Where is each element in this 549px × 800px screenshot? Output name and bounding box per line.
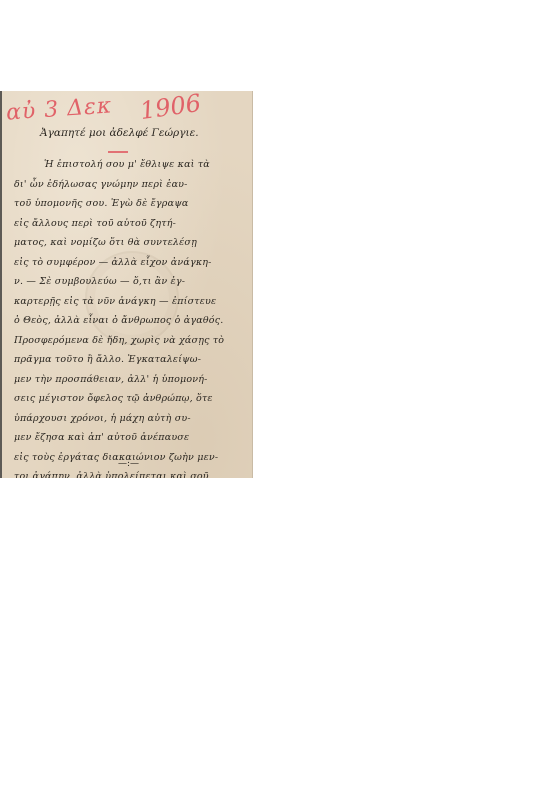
red-year-annotation: 1906 xyxy=(138,91,202,125)
letter-line: πρᾶγμα τοῦτο ἢ ἄλλο. Ἐγκαταλείψω- xyxy=(14,350,250,370)
red-underline-mark xyxy=(108,151,128,153)
letter-line: Ἡ ἐπιστολή σου μ' ἔθλιψε καὶ τὰ xyxy=(14,155,250,175)
red-date-annotation: αὐ 3 Δεκ xyxy=(5,93,113,125)
letter-line: μεν τὴν προσπάθειαν, ἀλλ' ἡ ὑπομονή- xyxy=(14,370,250,390)
letter-line: ὁ Θεὸς, ἀλλὰ εἶναι ὁ ἄνθρωπος ὁ ἀγαθός. xyxy=(14,311,250,331)
letter-line: καρτερῇς εἰς τὰ νῦν ἀνάγκη — ἐπίστευε xyxy=(14,292,250,312)
letter-line: Προσφερόμενα δὲ ἤδη, χωρὶς νὰ χάσῃς τὸ xyxy=(14,331,250,351)
letter-line: ματος, καὶ νομίζω ὅτι θὰ συντελέσῃ xyxy=(14,233,250,253)
letter-body: Ἡ ἐπιστολή σου μ' ἔθλιψε καὶ τὰδι' ὧν ἐδ… xyxy=(14,155,250,478)
letter-line: ὑπάρχουσι χρόνοι, ἡ μάχη αὐτὴ συ- xyxy=(14,409,250,429)
letter-line: εἰς τὸ συμφέρον — ἀλλὰ εἶχον ἀνάγκη- xyxy=(14,253,250,273)
letter-line: μεν ἔζησα καὶ ἀπ' αὐτοῦ ἀνέπαυσε xyxy=(14,428,250,448)
letter-line: ν. — Σὲ συμβουλεύω — ὅ,τι ἂν ἐγ- xyxy=(14,272,250,292)
letter-line: εἰς ἄλλους περὶ τοῦ αὐτοῦ ζητή- xyxy=(14,214,250,234)
letter-line: τοῦ ὑπομονῆς σου. Ἐγὼ δὲ ἔγραψα xyxy=(14,194,250,214)
letter-line: σεις μέγιστον ὄφελος τῷ ἀνθρώπῳ, ὅτε xyxy=(14,389,250,409)
letter-line: δι' ὧν ἐδήλωσας γνώμην περὶ ἑαυ- xyxy=(14,175,250,195)
letter-page: αὐ 3 Δεκ 1906 Ἀγαπητέ μοι ἀδελφέ Γεώργιε… xyxy=(0,91,253,478)
salutation: Ἀγαπητέ μοι ἀδελφέ Γεώργιε. xyxy=(40,127,199,139)
closing-mark: —:— xyxy=(118,459,139,469)
